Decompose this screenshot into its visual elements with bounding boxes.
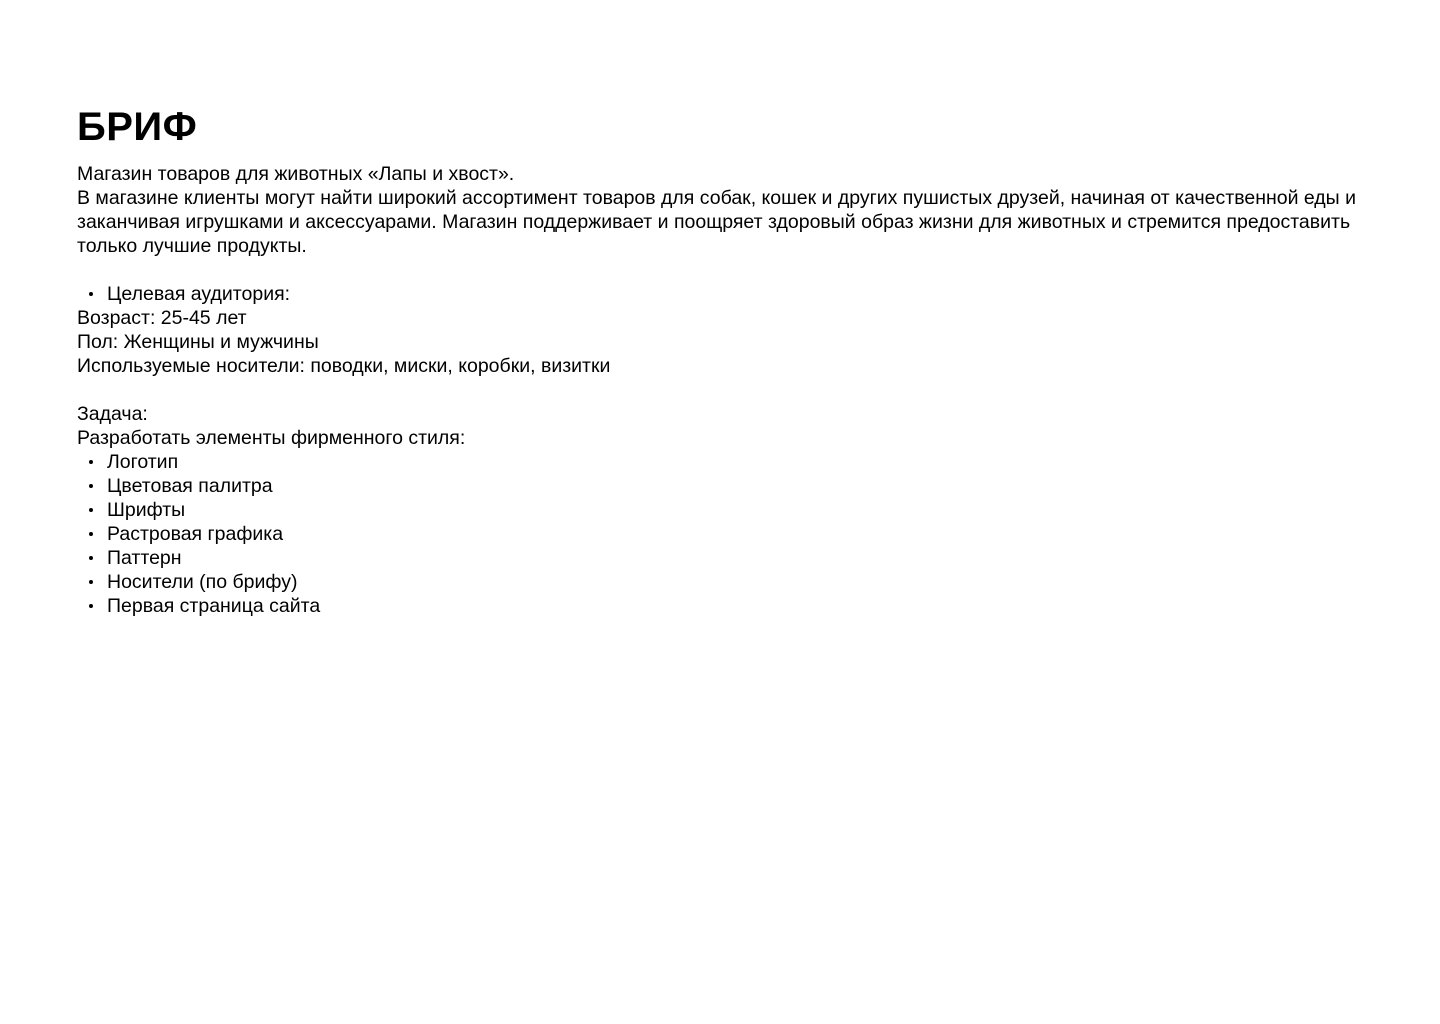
list-item-text: Растровая графика (107, 523, 283, 545)
audience-heading-text: Целевая аудитория: (107, 283, 290, 305)
list-item-text: Цветовая палитра (107, 475, 273, 497)
list-item-text: Паттерн (107, 547, 182, 569)
intro-store-name: Магазин товаров для животных «Лапы и хво… (77, 162, 1367, 186)
task-heading: Задача: (77, 402, 1367, 426)
brief-document: БРИФ Магазин товаров для животных «Лапы … (77, 104, 1367, 618)
bullet-icon (89, 460, 93, 464)
audience-heading: Целевая аудитория: (77, 282, 1367, 306)
list-item-text: Носители (по брифу) (107, 571, 297, 593)
bullet-icon (89, 508, 93, 512)
bullet-icon (89, 556, 93, 560)
list-item-text: Логотип (107, 451, 178, 473)
list-item: Носители (по брифу) (77, 570, 1367, 594)
bullet-icon (89, 580, 93, 584)
page-title: БРИФ (77, 104, 1367, 150)
audience-media: Используемые носители: поводки, миски, к… (77, 354, 1367, 378)
list-item: Растровая графика (77, 522, 1367, 546)
list-item: Паттерн (77, 546, 1367, 570)
audience-gender: Пол: Женщины и мужчины (77, 330, 1367, 354)
bullet-icon (89, 532, 93, 536)
list-item: Цветовая палитра (77, 474, 1367, 498)
task-list: Логотип Цветовая палитра Шрифты Растрова… (77, 450, 1367, 618)
list-item-text: Первая страница сайта (107, 595, 320, 617)
bullet-icon (89, 292, 93, 296)
bullet-icon (89, 604, 93, 608)
task-subheading: Разработать элементы фирменного стиля: (77, 426, 1367, 450)
audience-heading-list: Целевая аудитория: (77, 282, 1367, 306)
spacer (77, 258, 1367, 282)
spacer (77, 378, 1367, 402)
list-item: Первая страница сайта (77, 594, 1367, 618)
list-item: Шрифты (77, 498, 1367, 522)
bullet-icon (89, 484, 93, 488)
list-item: Логотип (77, 450, 1367, 474)
list-item-text: Шрифты (107, 499, 185, 521)
audience-age: Возраст: 25-45 лет (77, 306, 1367, 330)
intro-description: В магазине клиенты могут найти широкий а… (77, 186, 1367, 258)
